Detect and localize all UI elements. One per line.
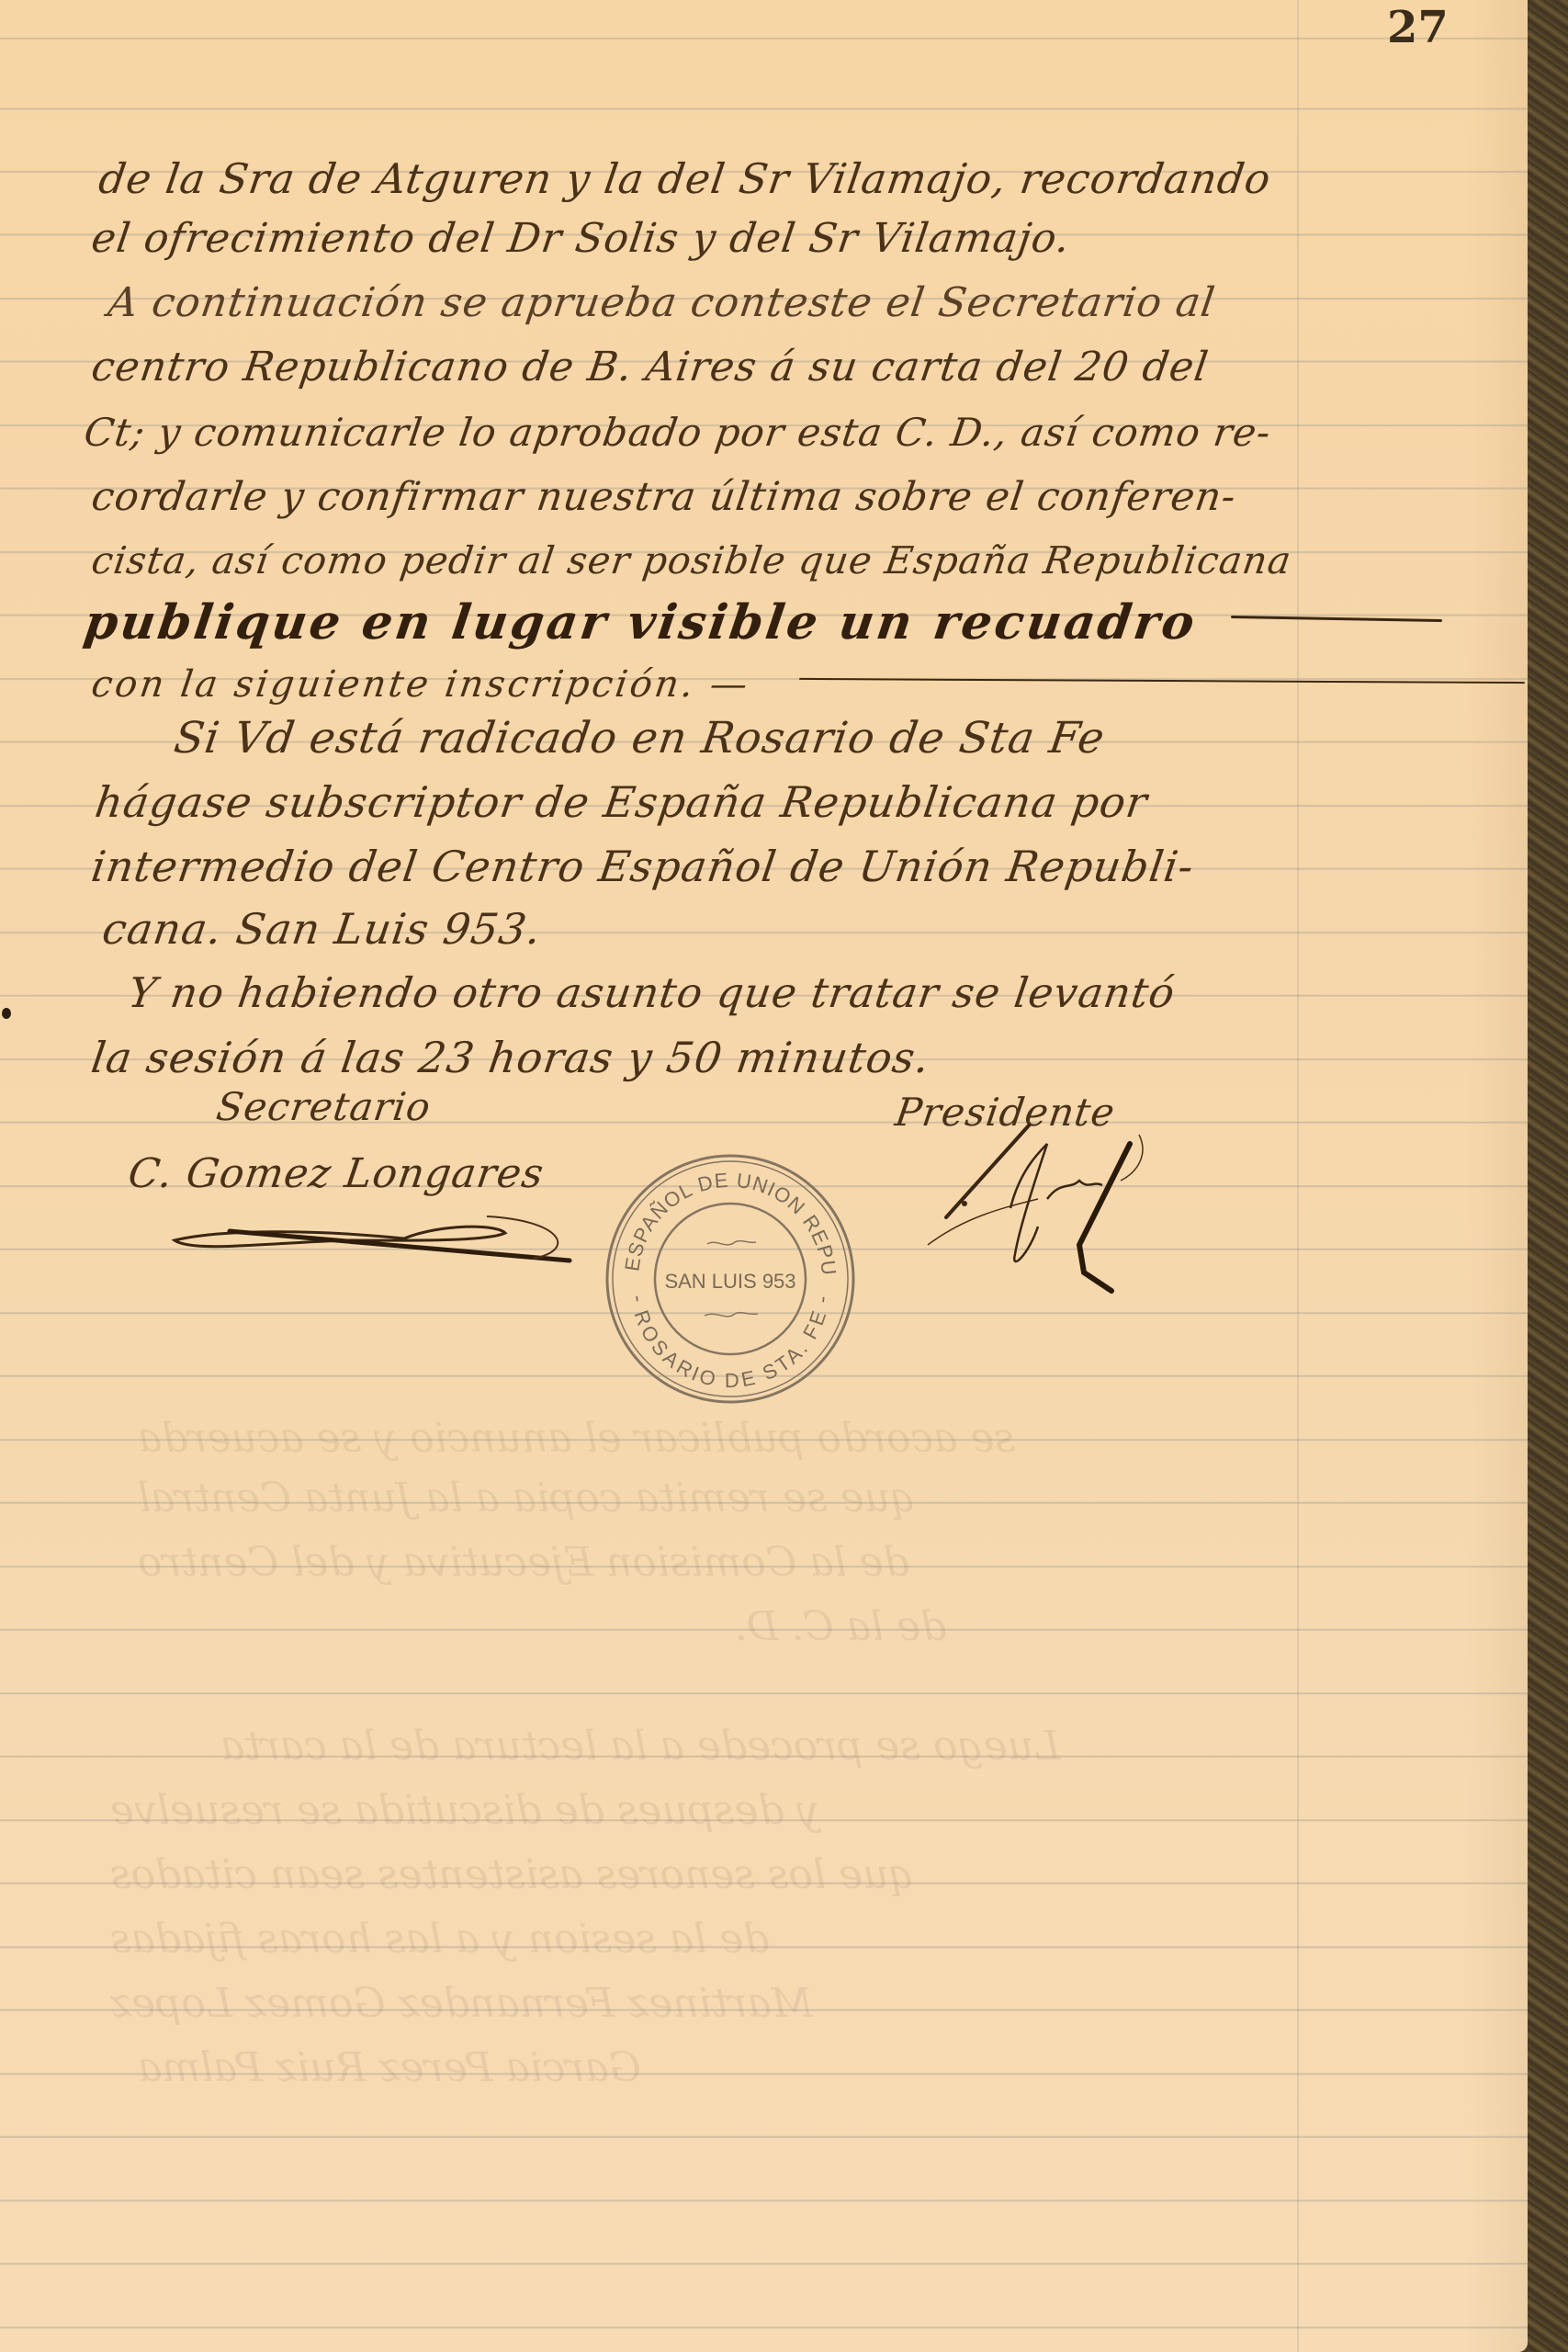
secretary-title: Secretario xyxy=(214,1088,434,1126)
text-line-4: centro Republicano de B. Aires á su cart… xyxy=(89,347,1212,388)
bleed-through-text: de la sesion y a las horas fijadas xyxy=(110,1916,769,1962)
margin-line xyxy=(1297,0,1299,2352)
inscription-line-4: cana. San Luis 953. xyxy=(100,908,545,950)
bleed-through-text: que los senores asistentes sean citados xyxy=(110,1851,915,1898)
organization-stamp: CENTRO ESPAÑOL DE UNION REPUBLICANA - RO… xyxy=(602,1150,859,1408)
separator-line xyxy=(799,678,1525,684)
inscription-line-3: intermedio del Centro Español de Unión R… xyxy=(89,845,1197,888)
bleed-through-text: Martinez Fernandez Gomez Lopez xyxy=(110,1980,813,2027)
margin-ink-dot xyxy=(2,1008,11,1019)
book-binding-edge xyxy=(1528,0,1568,2352)
text-line-8-recuadro: publique en lugar visible un recuadro xyxy=(81,599,1200,647)
page-number: 27 xyxy=(1387,2,1449,53)
inscription-line-2: hágase subscriptor de España Republicana… xyxy=(93,781,1151,823)
text-line-9: con la siguiente inscripción. — xyxy=(89,666,752,703)
inscription-line-1: Si Vd está radicado en Rosario de Sta Fe xyxy=(172,717,1108,760)
text-line-3: A continuación se aprueba conteste el Se… xyxy=(106,283,1218,323)
text-line-6: cordarle y confirmar nuestra última sobr… xyxy=(89,478,1239,517)
text-line-2: el ofrecimiento del Dr Solis y del Sr Vi… xyxy=(89,219,1073,259)
text-line-5: Ct; y comunicarle lo aprobado por esta C… xyxy=(82,413,1273,452)
bleed-through-text: Luego se procede a la lectura de la cart… xyxy=(220,1723,1060,1770)
secretary-name: C. Gomez Longares xyxy=(126,1154,547,1194)
closing-line-1: Y no habiendo otro asunto que tratar se … xyxy=(126,972,1178,1013)
stamp-outer-text-top: CENTRO ESPAÑOL DE UNION REPUBLICANA xyxy=(602,1150,840,1279)
bleed-through-text: que se remita copia a la Junta Central xyxy=(138,1475,916,1521)
svg-text:CENTRO ESPAÑOL DE UNION REPUBL: CENTRO ESPAÑOL DE UNION REPUBLICANA xyxy=(602,1150,840,1279)
president-signature xyxy=(909,1116,1185,1300)
bleed-through-text: de la C. D. xyxy=(735,1603,946,1650)
bleed-through-text: se acordo publicar el anuncio y se acuer… xyxy=(138,1415,1015,1462)
strike-line xyxy=(1231,616,1442,622)
secretary-signature-flourish xyxy=(165,1213,588,1277)
bleed-through-text: Garcia Perez Ruiz Palma xyxy=(138,2044,641,2091)
bleed-through-text: de la Comision Ejecutiva y del Centro xyxy=(138,1539,909,1586)
ledger-page: 27 de la Sra de Atguren y la del Sr Vila… xyxy=(0,0,1528,2352)
closing-line-2: la sesión á las 23 horas y 50 minutos. xyxy=(89,1036,933,1079)
text-line-7: cista, así como pedir al ser posible que… xyxy=(89,542,1294,580)
stamp-center-text: SAN LUIS 953 xyxy=(664,1270,795,1293)
bleed-through-text: y despues de discutida se resuelve xyxy=(110,1787,819,1834)
text-line-1: de la Sra de Atguren y la del Sr Vilamaj… xyxy=(96,158,1274,199)
